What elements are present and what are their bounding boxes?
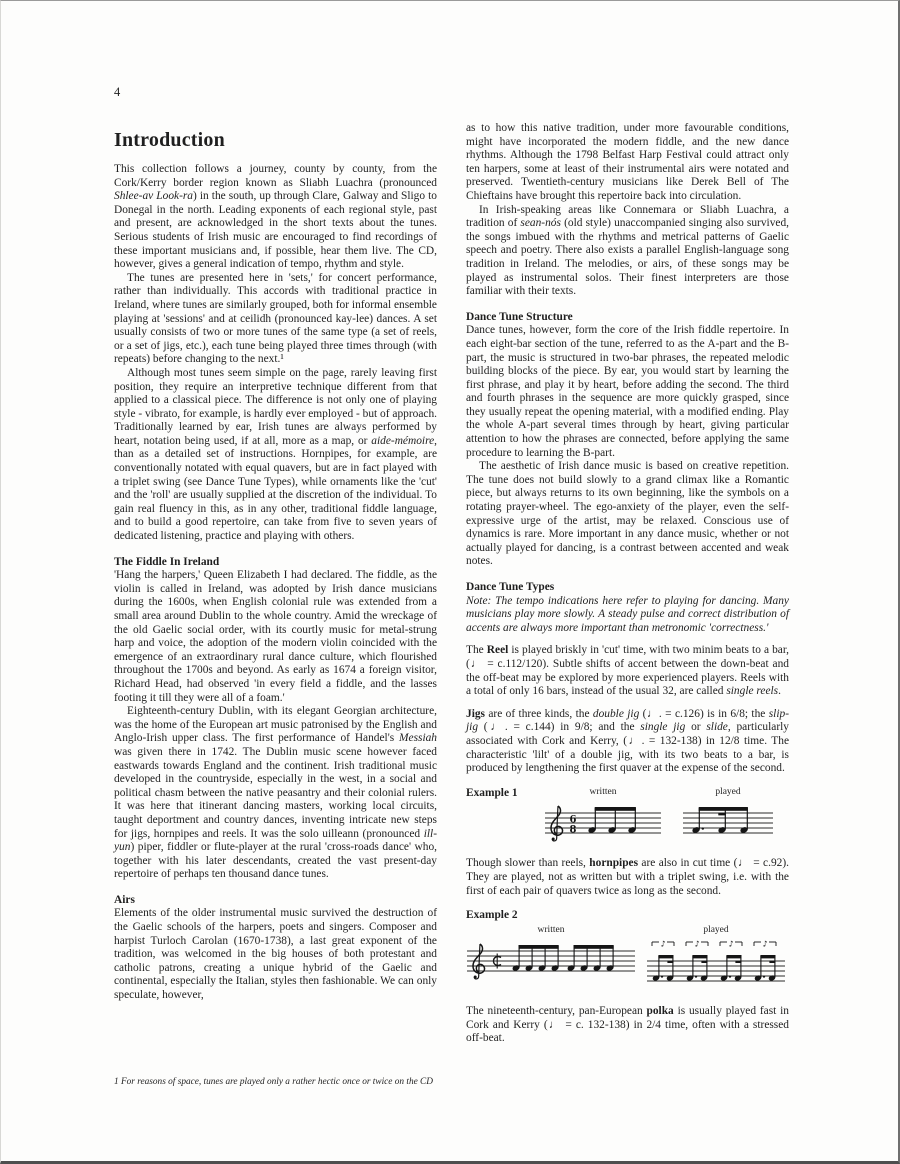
- tempo-note: Note: The tempo indications here refer t…: [466, 595, 789, 636]
- quaver-group-1: [512, 945, 560, 972]
- treble-clef-icon: [473, 944, 485, 979]
- polka-paragraph: The nineteenth-century, pan-European pol…: [466, 1005, 789, 1046]
- fiddle-in-ireland-heading: The Fiddle In Ireland: [114, 556, 437, 570]
- written-label: written: [544, 787, 662, 797]
- fiddle-paragraph-2: Eighteenth-century Dublin, with its eleg…: [114, 705, 437, 882]
- example-1-label: Example 1: [466, 787, 544, 801]
- intro-paragraph-3: Although most tunes seem simple on the p…: [114, 367, 437, 544]
- example-1: Example 1 written 68: [466, 787, 789, 849]
- jigs-paragraph: Jigs are of three kinds, the double jig …: [466, 708, 789, 776]
- dance-tune-structure-heading: Dance Tune Structure: [466, 311, 789, 325]
- example-2-played-block: played ♪: [646, 925, 786, 997]
- example-2-written-block: written: [466, 925, 636, 987]
- played-label: played: [682, 787, 774, 797]
- music-staff-played-hornpipe: ♪: [646, 936, 786, 992]
- swung-quaver-group: [692, 807, 749, 834]
- time-signature-6-8: 68: [570, 814, 577, 835]
- svg-text:♪: ♪: [660, 939, 665, 948]
- intro-paragraph-1: This collection follows a journey, count…: [114, 163, 437, 272]
- intro-paragraph-2: The tunes are presented here in 'sets,' …: [114, 272, 437, 367]
- airs-heading: Airs: [114, 894, 437, 908]
- right-column: as to how this native tradition, under m…: [466, 122, 789, 1046]
- reel-paragraph: The Reel is played briskly in 'cut' time…: [466, 644, 789, 698]
- quaver-group: [588, 807, 637, 834]
- structure-paragraph-1: Dance tunes, however, form the core of t…: [466, 324, 789, 460]
- fiddle-paragraph-1: 'Hang the harpers,' Queen Elizabeth I ha…: [114, 569, 437, 705]
- book-page: 4 Introduction This collection follows a…: [0, 0, 900, 1164]
- written-label: written: [466, 925, 636, 935]
- svg-text:8: 8: [570, 824, 577, 835]
- music-staff-written-hornpipe: [466, 936, 636, 982]
- example-2-label: Example 2: [466, 909, 518, 921]
- music-staff-played-jig: [682, 798, 774, 844]
- airs-paragraph: Elements of the older instrumental music…: [114, 907, 437, 1002]
- left-column: Introduction This collection follows a j…: [114, 129, 437, 1003]
- example-1-played-block: played: [682, 787, 774, 849]
- structure-paragraph-2: The aesthetic of Irish dance music is ba…: [466, 460, 789, 569]
- example-2: Example 2 written: [466, 909, 789, 996]
- quaver-group-2: [567, 945, 615, 972]
- continuation-paragraph-2: In Irish-speaking areas like Connemara o…: [466, 204, 789, 299]
- music-staff-written-jig: 68: [544, 798, 662, 844]
- swing-pair: ♪: [652, 939, 674, 981]
- page-title: Introduction: [114, 129, 437, 151]
- footnote: 1 For reasons of space, tunes are played…: [114, 1077, 448, 1088]
- example-1-written-block: written 68: [544, 787, 662, 849]
- treble-clef-icon: [551, 806, 563, 841]
- played-label: played: [646, 925, 786, 935]
- hornpipes-paragraph: Though slower than reels, hornpipes are …: [466, 857, 789, 898]
- continuation-paragraph-1: as to how this native tradition, under m…: [466, 122, 789, 204]
- page-number: 4: [114, 85, 120, 100]
- dance-tune-types-heading: Dance Tune Types: [466, 581, 789, 595]
